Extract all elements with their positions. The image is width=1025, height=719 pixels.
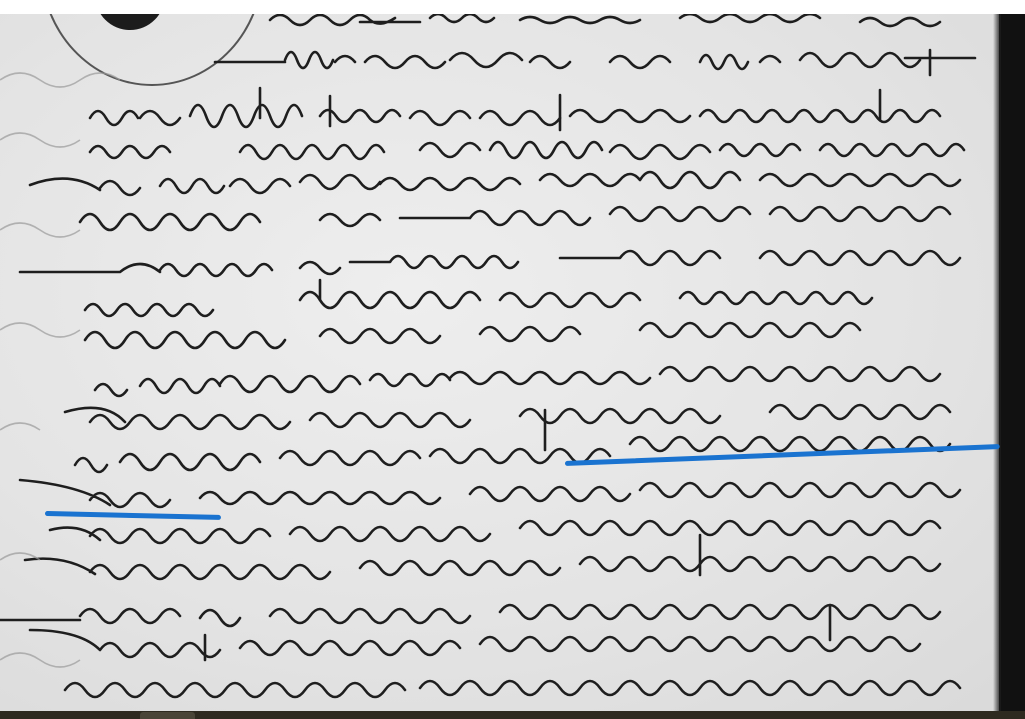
scroll-thumb[interactable]: [140, 712, 195, 719]
viewer-top-bar: [0, 0, 1025, 15]
viewer-bottom-bar: [0, 711, 1025, 719]
scan-dark-edge: [999, 14, 1025, 711]
manuscript-scan: Alonso de Montalvo Abeyto del linaje: [0, 14, 1025, 711]
handwriting-strokes: [0, 14, 1025, 711]
